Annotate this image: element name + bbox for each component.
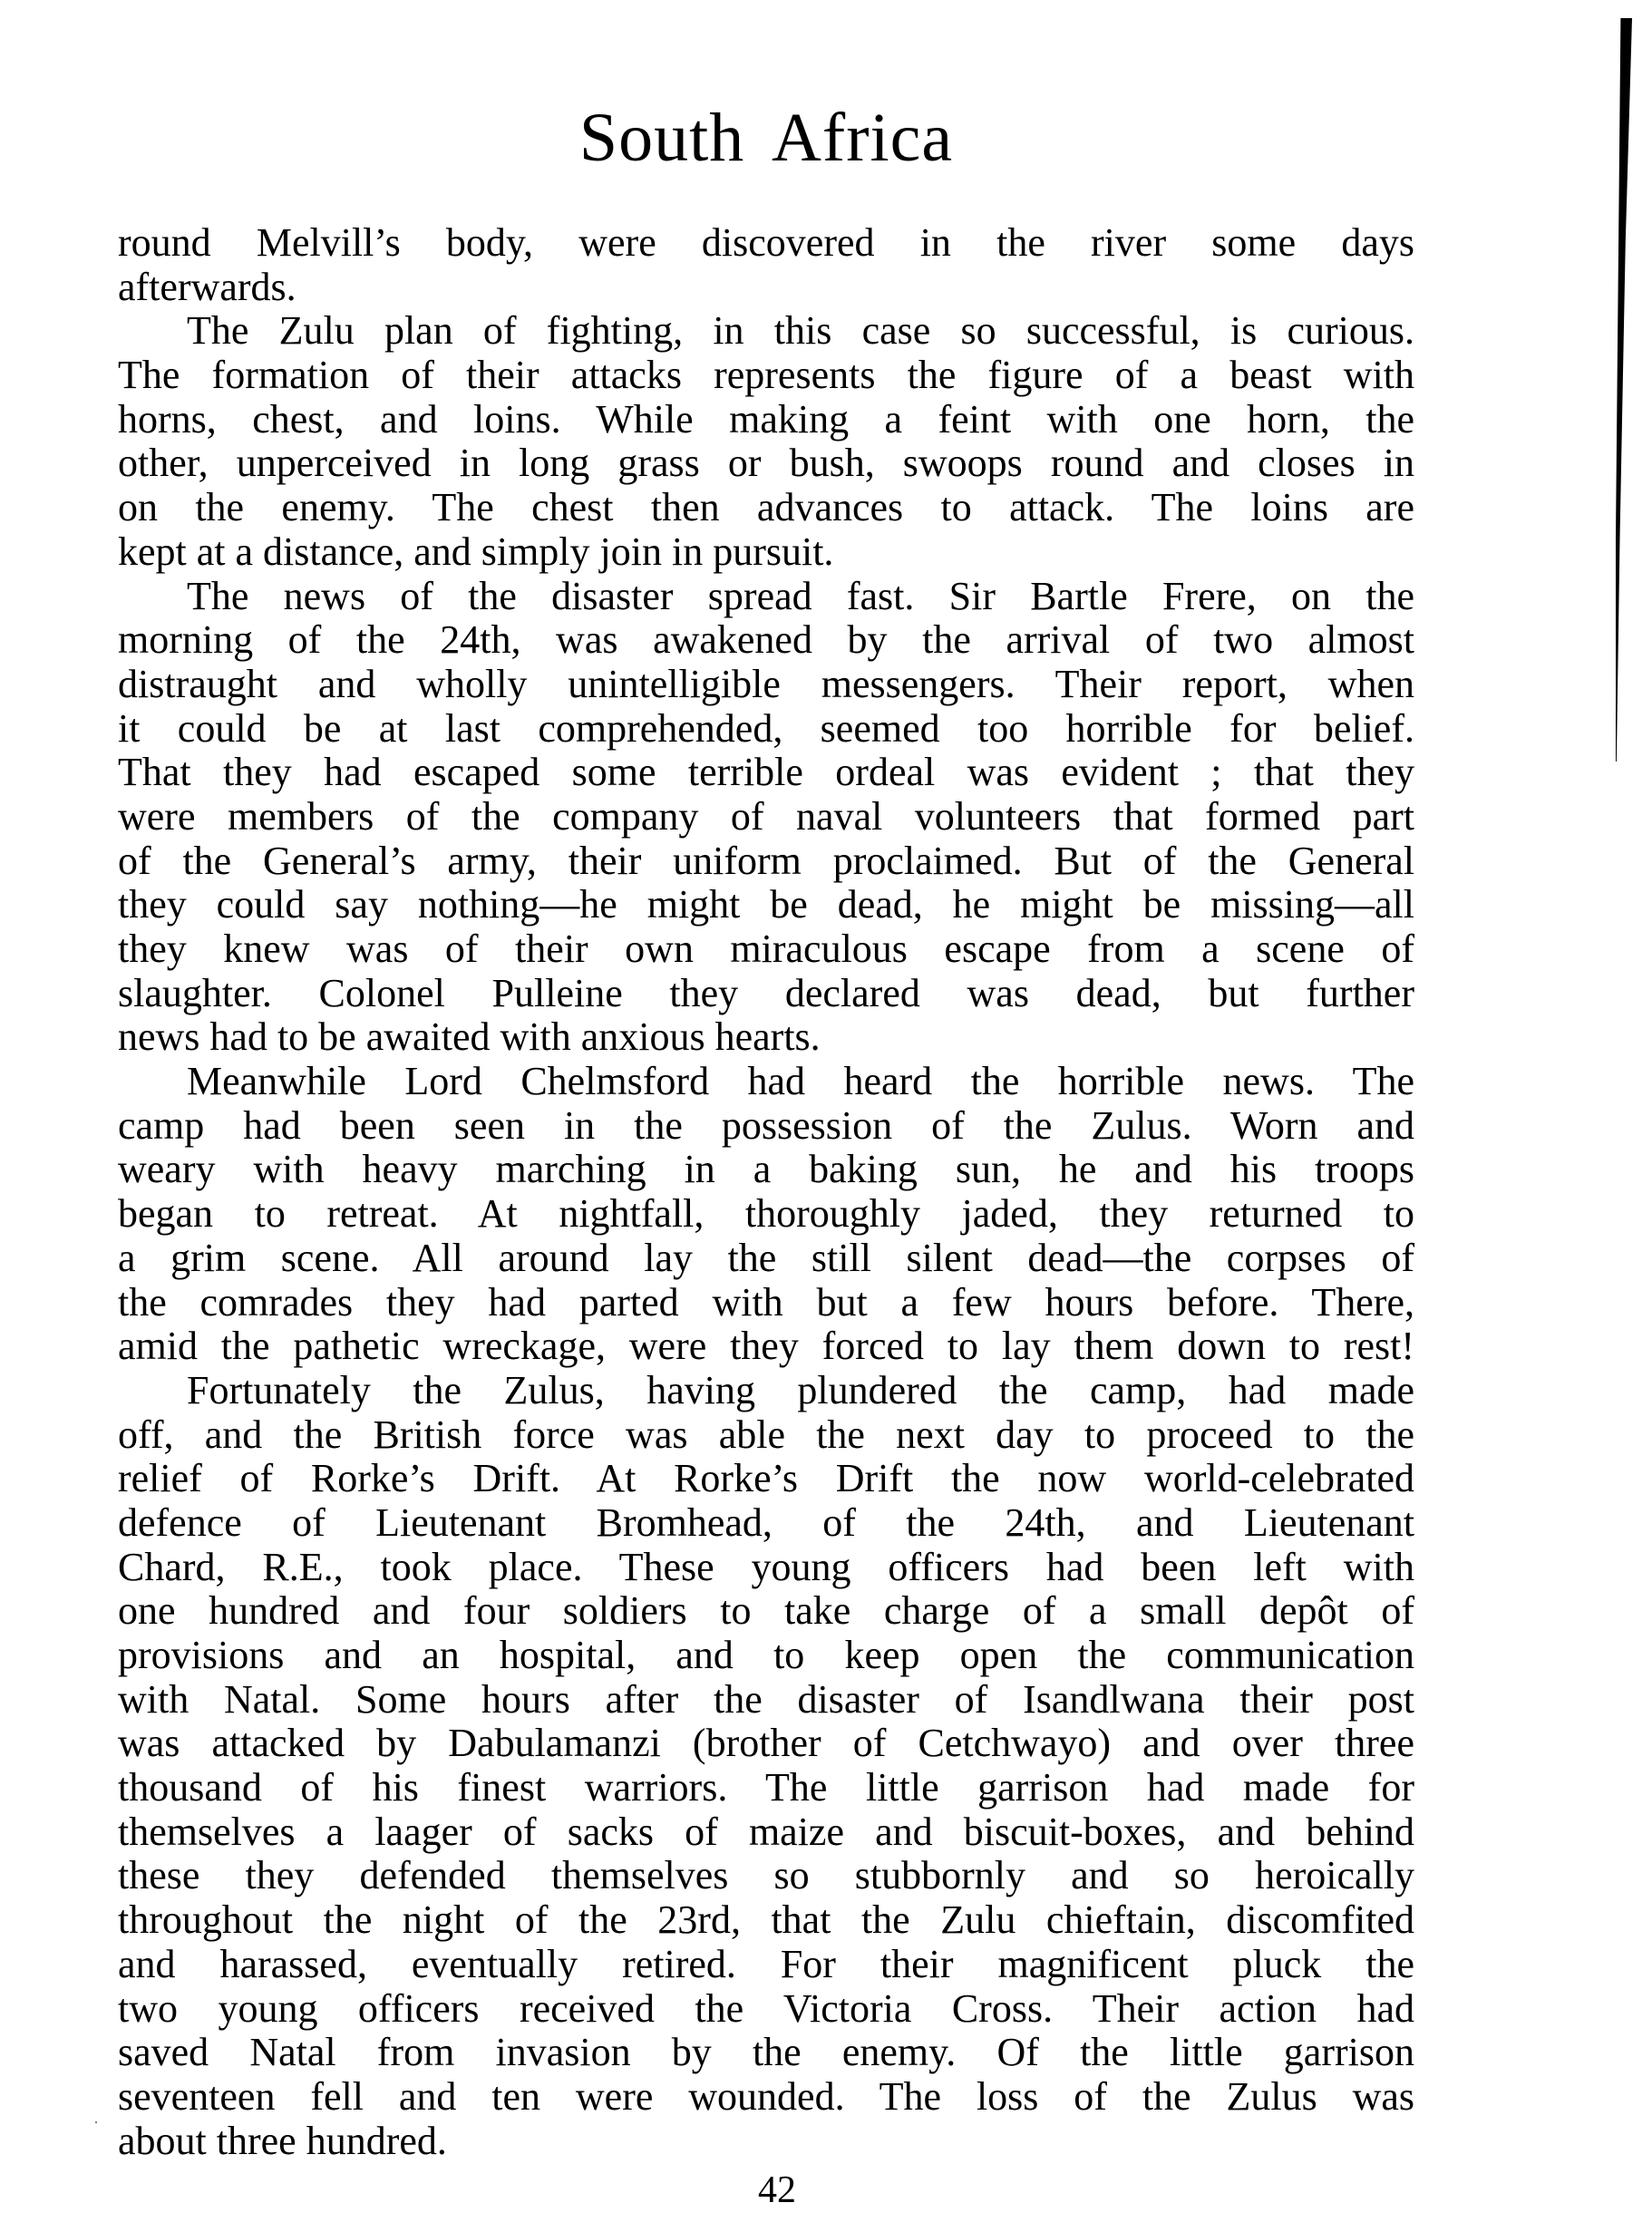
text-line: amid the pathetic wreckage, were they fo… (118, 1325, 1414, 1369)
text-line: it could be at last comprehended, seemed… (118, 707, 1414, 752)
text-line: morning of the 24th, was awakened by the… (118, 618, 1414, 663)
text-line: provisions and an hospital, and to keep … (118, 1634, 1414, 1678)
text-line: these they defended themselves so stubbo… (118, 1854, 1414, 1898)
text-line: thousand of his finest warriors. The lit… (118, 1766, 1414, 1810)
text-line: about three hundred. (118, 2120, 1414, 2164)
text-line: news had to be awaited with anxious hear… (118, 1015, 1414, 1060)
text-line: Meanwhile Lord Chelmsford had heard the … (118, 1060, 1414, 1104)
text-line: That they had escaped some terrible orde… (118, 751, 1414, 795)
text-line: round Melvill’s body, were discovered in… (118, 221, 1414, 266)
text-line: relief of Rorke’s Drift. At Rorke’s Drif… (118, 1457, 1414, 1501)
text-line: The Zulu plan of fighting, in this case … (118, 309, 1414, 354)
book-page: South Africa round Melvill’s body, were … (0, 0, 1652, 2232)
text-line: they knew was of their own miraculous es… (118, 927, 1414, 972)
text-line: horns, chest, and loins. While making a … (118, 398, 1414, 442)
text-line: The formation of their attacks represent… (118, 354, 1414, 398)
text-line: themselves a laager of sacks of maize an… (118, 1810, 1414, 1855)
text-line: afterwards. (118, 266, 1414, 310)
running-head-title: South Africa (579, 100, 953, 176)
text-line: seventeen fell and ten were wounded. The… (118, 2075, 1414, 2120)
text-line: with Natal. Some hours after the disaste… (118, 1678, 1414, 1723)
text-line: weary with heavy marching in a baking su… (118, 1148, 1414, 1192)
text-line: The news of the disaster spread fast. Si… (118, 575, 1414, 619)
text-line: the comrades they had parted with but a … (118, 1281, 1414, 1325)
text-line: Fortunately the Zulus, having plundered … (118, 1369, 1414, 1413)
text-line: defence of Lieutenant Bromhead, of the 2… (118, 1501, 1414, 1546)
page-number-value: 42 (758, 2169, 796, 2211)
scan-speck (95, 2121, 97, 2123)
text-line: kept at a distance, and simply join in p… (118, 530, 1414, 575)
text-line: saved Natal from invasion by the enemy. … (118, 2031, 1414, 2075)
text-line: of the General’s army, their uniform pro… (118, 839, 1414, 884)
page-number: 42 (0, 2169, 1652, 2212)
text-line: they could say nothing—he might be dead,… (118, 883, 1414, 927)
body-text: round Melvill’s body, were discovered in… (118, 221, 1414, 2163)
text-line: and harassed, eventually retired. For th… (118, 1943, 1414, 1987)
text-line: a grim scene. All around lay the still s… (118, 1237, 1414, 1281)
text-line: distraught and wholly unintelligible mes… (118, 663, 1414, 707)
text-line: camp had been seen in the possession of … (118, 1104, 1414, 1149)
text-line: off, and the British force was able the … (118, 1413, 1414, 1458)
text-line: were members of the company of naval vol… (118, 795, 1414, 839)
text-line: throughout the night of the 23rd, that t… (118, 1898, 1414, 1943)
text-line: one hundred and four soldiers to take ch… (118, 1589, 1414, 1634)
text-line: began to retreat. At nightfall, thorough… (118, 1192, 1414, 1237)
running-head: South Africa (0, 102, 1652, 174)
text-line: was attacked by Dabulamanzi (brother of … (118, 1722, 1414, 1766)
text-line: on the enemy. The chest then advances to… (118, 486, 1414, 530)
text-line: Chard, R.E., took place. These young off… (118, 1546, 1414, 1590)
text-line: other, unperceived in long grass or bush… (118, 442, 1414, 486)
text-line: slaughter. Colonel Pulleine they declare… (118, 972, 1414, 1016)
text-line: two young officers received the Victoria… (118, 1987, 1414, 2032)
